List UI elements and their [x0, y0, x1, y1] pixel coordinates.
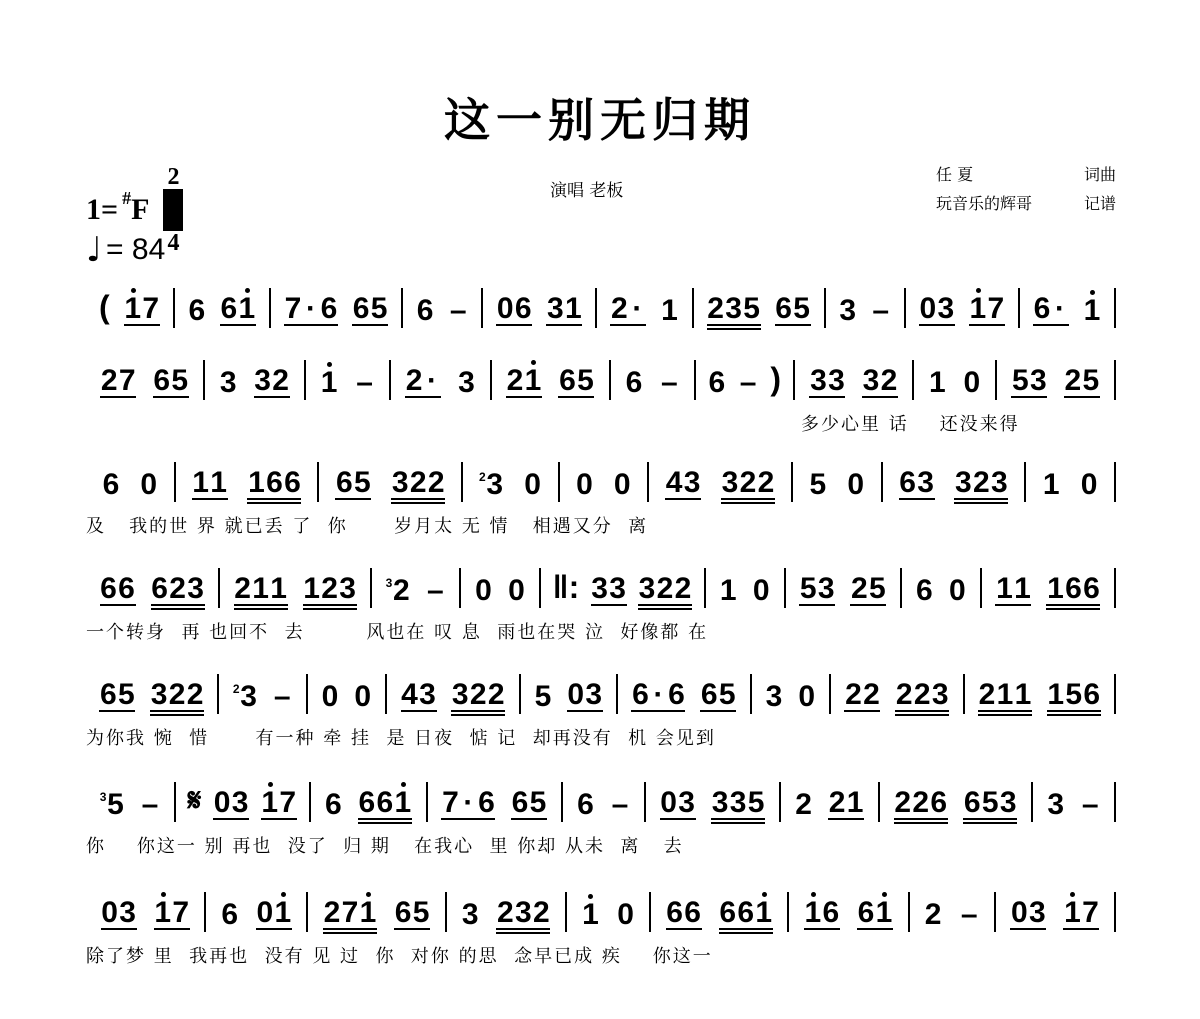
note-group: 211: [978, 680, 1032, 716]
dash-note: –: [1080, 790, 1100, 820]
lyrics-line: 及 我的世 界 就已丢 了 你 岁月太 无 情 相遇又分 离: [86, 512, 1116, 538]
note: 1: [252, 574, 270, 606]
time-denominator: 4: [167, 232, 179, 254]
song-title: 这一别无归期: [0, 84, 1200, 150]
note-group: 1: [320, 368, 338, 402]
note: 5: [1011, 366, 1029, 398]
measure: 00: [308, 666, 385, 716]
note: 6: [102, 470, 120, 500]
note: 2: [757, 468, 775, 500]
measure: 23–: [219, 666, 305, 716]
measure: ‖:33322: [541, 560, 704, 610]
note: 3: [817, 574, 835, 606]
note-group: 322: [150, 680, 204, 716]
note: 2: [272, 366, 290, 398]
measure: 3332: [795, 352, 912, 402]
measure: 10: [567, 884, 649, 934]
note-group: 623: [151, 574, 205, 610]
note: 5: [981, 788, 999, 820]
measure: 7·665: [271, 280, 401, 330]
note: 3: [937, 294, 955, 326]
note-group: 53: [1011, 366, 1047, 402]
note-group: 661: [358, 788, 412, 824]
note: 7: [441, 788, 459, 820]
note: 5: [534, 682, 552, 712]
note: 3: [119, 898, 137, 930]
note: 1: [238, 294, 256, 326]
note: 2: [880, 366, 898, 398]
note: 1: [124, 294, 142, 326]
note-group: 6: [708, 368, 726, 402]
note: 6: [666, 898, 684, 930]
note: 2: [427, 468, 445, 500]
measure: 0317: [906, 280, 1018, 330]
measure: 63323: [883, 454, 1025, 504]
note-group: –: [140, 790, 160, 824]
note: ·: [1051, 294, 1069, 326]
note: 1: [1083, 296, 1101, 326]
note: 6: [857, 898, 875, 930]
note-group: 6: [625, 368, 643, 402]
note: 1: [660, 296, 678, 326]
note: 3: [1028, 898, 1046, 930]
measure: 3–: [1033, 774, 1114, 824]
note: 2: [828, 788, 846, 820]
note-group: 0: [575, 470, 593, 504]
measure: 32–: [372, 560, 459, 610]
note-group: 0: [321, 682, 339, 716]
note-group: 232: [496, 898, 550, 934]
note-group: 0: [1080, 470, 1098, 504]
note: 0: [752, 576, 770, 606]
parenthesis: ): [770, 361, 781, 398]
measure: 3232: [447, 884, 565, 934]
tempo-marking: ♩ = 84: [86, 230, 165, 270]
note-group: 65: [700, 680, 736, 716]
note-group: 6: [915, 576, 933, 610]
note: 1: [719, 576, 737, 606]
lyrics-line: 为你我 惋 惜 有一种 牵 挂 是 日夜 惦 记 却再没有 机 会见到: [86, 724, 1116, 750]
note: 3: [954, 468, 972, 500]
note-group: 3: [219, 368, 237, 402]
credit-lyrics-music: 任 夏 词曲: [936, 160, 1116, 189]
note: 3: [765, 682, 783, 712]
notes-row: 27653321–2·321656–6–)3332105325: [86, 352, 1116, 402]
note-group: 1: [581, 900, 599, 934]
note: 6: [151, 574, 169, 606]
note: 6: [684, 898, 702, 930]
note-group: 3: [461, 900, 479, 934]
note-group: 0: [752, 576, 770, 610]
note: 2: [405, 366, 423, 398]
note: 2: [506, 366, 524, 398]
note-group: –: [659, 368, 679, 402]
note-group: 6·: [1033, 294, 1069, 330]
note-group: 65: [775, 294, 811, 330]
measure: 661: [175, 280, 269, 330]
measure: 6·1: [1020, 280, 1114, 330]
note: 1: [846, 788, 864, 820]
note: 2: [844, 680, 862, 712]
barline: [1114, 674, 1116, 714]
note-group: –: [738, 368, 758, 402]
measure: (17: [86, 280, 173, 330]
note: 5: [106, 790, 124, 820]
note: 7: [341, 898, 359, 930]
note: 6: [930, 788, 948, 820]
note: 3: [917, 468, 935, 500]
measure: 211123: [220, 560, 370, 610]
note-group: 11: [192, 468, 228, 504]
measure: 6661: [311, 774, 426, 824]
note: 1: [192, 468, 210, 500]
note: 3: [729, 788, 747, 820]
note: 3: [609, 574, 627, 606]
measure: 2765: [86, 352, 203, 402]
note: 1: [1013, 574, 1031, 606]
note: 3: [486, 470, 504, 500]
note-group: 0: [354, 682, 372, 716]
note: 6: [511, 788, 529, 820]
note: 3: [254, 366, 272, 398]
measure: 1–: [306, 352, 389, 402]
measure: 601: [206, 884, 306, 934]
note: 7: [1081, 898, 1099, 930]
note-group: 235: [707, 294, 761, 330]
note: 3: [219, 368, 237, 398]
measure: 03335: [646, 774, 779, 824]
note: 3: [809, 366, 827, 398]
measure: 7·665: [428, 774, 561, 824]
credit-role: 记谱: [1084, 189, 1116, 218]
note: 0: [613, 470, 631, 500]
dash-note: –: [425, 576, 445, 606]
note-group: 63: [899, 468, 935, 504]
measure: 2·1: [597, 280, 691, 330]
note: 3: [683, 468, 701, 500]
tempo-value: = 84: [106, 233, 165, 267]
note-group: 166: [247, 468, 301, 504]
note: 2: [972, 468, 990, 500]
measure: 30: [752, 666, 829, 716]
note: ·: [649, 680, 667, 712]
measure: 00: [560, 454, 648, 504]
measure: 00: [461, 560, 539, 610]
note-group: 0: [613, 470, 631, 504]
note: 0: [524, 470, 542, 500]
notes-row: (176617·6656–06312·1235653–03176·1: [86, 280, 1116, 330]
note-group: 01: [256, 898, 292, 934]
note-group: 17: [261, 788, 297, 824]
note: 6: [220, 294, 238, 326]
note-group: 166: [1046, 574, 1100, 610]
parenthesis: (: [99, 289, 110, 326]
note: 6: [514, 294, 532, 326]
note-group: 6: [416, 296, 434, 330]
measure: 43322: [649, 454, 791, 504]
measure: 27165: [308, 884, 444, 934]
note: 1: [359, 898, 377, 930]
note: 0: [507, 576, 525, 606]
dash-note: –: [871, 296, 891, 326]
note: 5: [370, 294, 388, 326]
note-group: 156: [1047, 680, 1101, 716]
note: 1: [1014, 680, 1032, 712]
measure: 5325: [997, 352, 1114, 402]
note: 1: [755, 898, 773, 930]
note: 3: [862, 366, 880, 398]
note: 1: [804, 898, 822, 930]
note: 3: [839, 296, 857, 326]
measure: 0631: [483, 280, 595, 330]
note-group: 27: [100, 366, 136, 402]
note: 7: [279, 788, 297, 820]
grace-marker: 3: [100, 790, 107, 804]
note-group: 211: [234, 574, 288, 610]
note: 6: [737, 898, 755, 930]
note-group: 5: [534, 682, 552, 716]
credit-transcriber: 玩音乐的辉哥 记谱: [936, 189, 1116, 218]
note: 2: [895, 680, 913, 712]
note: 2: [469, 680, 487, 712]
note: 6: [915, 576, 933, 606]
lyrics-line: 你 你这一 别 再也 没了 归 期 在我心 里 你却 从未 离 去: [86, 832, 1116, 858]
note: 3: [1029, 366, 1047, 398]
note: 2: [321, 574, 339, 606]
note: 6: [265, 468, 283, 500]
note-group: 6·6: [631, 680, 685, 716]
note: 1: [581, 900, 599, 930]
measure: 23565: [694, 280, 824, 330]
note: 6: [320, 294, 338, 326]
note: 2: [1064, 366, 1082, 398]
note: 1: [303, 574, 321, 606]
note: 6: [335, 468, 353, 500]
score-system: 6662321112332–00‖:333221053256011166一个转身…: [86, 560, 1116, 660]
note: 5: [743, 294, 761, 326]
note-group: 223: [895, 680, 949, 716]
note-group: 23: [479, 470, 504, 504]
measure: 5325: [786, 560, 900, 610]
note-group: 32: [862, 366, 898, 402]
note-group: 0: [948, 576, 966, 610]
note: 0: [963, 368, 981, 398]
note: 2: [656, 574, 674, 606]
time-numerator: 2: [167, 166, 179, 188]
note: 5: [799, 574, 817, 606]
score-system: 6011166653222300043322506332310及 我的世 界 就…: [86, 454, 1116, 554]
note-group: 3: [458, 368, 476, 402]
note-group: –: [610, 790, 630, 824]
note: 6: [667, 680, 685, 712]
note-group: 0: [617, 900, 635, 934]
note: 6: [631, 680, 649, 712]
note: 0: [575, 470, 593, 500]
note: 3: [638, 574, 656, 606]
measure: 43322: [387, 666, 518, 716]
note-group: 17: [124, 294, 160, 330]
note: 5: [576, 366, 594, 398]
lyrics-line: 一个转身 再 也回不 去 风也在 叹 息 雨也在哭 泣 好像都 在: [86, 618, 1116, 644]
measure: 332: [205, 352, 304, 402]
note-group: 17: [1063, 898, 1099, 934]
note: 3: [546, 294, 564, 326]
note: 2: [894, 788, 912, 820]
measure: 226653: [880, 774, 1031, 824]
measure: 10: [1026, 454, 1114, 504]
note: 6: [700, 680, 718, 712]
note-group: 0: [140, 470, 158, 504]
note: 3: [514, 898, 532, 930]
note: 0: [919, 294, 937, 326]
note-group: 323: [954, 468, 1008, 504]
note-group: 65: [511, 788, 547, 824]
note: 2: [674, 574, 692, 606]
measure: 2·3: [391, 352, 490, 402]
score-system: 0317601271653232106666116612–0317除了梦 里 我…: [86, 884, 1116, 984]
note: 3: [451, 680, 469, 712]
note: 6: [477, 788, 495, 820]
note: 5: [868, 574, 886, 606]
note-group: –: [355, 368, 375, 402]
note: ·: [459, 788, 477, 820]
dash-note: –: [610, 790, 630, 820]
note: 1: [1046, 574, 1064, 606]
note-group: 61: [220, 294, 256, 330]
note-group: 0: [847, 470, 865, 504]
note-group: 33: [809, 366, 845, 402]
measure: 6·665: [618, 666, 749, 716]
time-signature: 2 4: [163, 166, 183, 254]
notes-row: 6011166653222300043322506332310: [86, 454, 1116, 504]
note: 3: [585, 680, 603, 712]
note: ·: [628, 294, 646, 326]
note: 0: [1010, 898, 1028, 930]
note-group: 43: [665, 468, 701, 504]
dash-note: –: [738, 368, 758, 398]
note-group: 7·6: [284, 294, 338, 330]
measure: 221: [781, 774, 878, 824]
score-system: 35–𝄋031766617·6656–033352212266533–你 你这一…: [86, 774, 1116, 874]
note-group: 03: [101, 898, 137, 934]
note: 0: [847, 470, 865, 500]
note-group: 32: [386, 576, 411, 610]
note: 6: [394, 898, 412, 930]
measure: 230: [463, 454, 557, 504]
note: 0: [140, 470, 158, 500]
note-group: 𝄋: [188, 782, 202, 824]
note: 7: [284, 294, 302, 326]
measure: 6–: [611, 352, 694, 402]
note: 6: [1033, 294, 1051, 326]
note-group: (: [99, 289, 110, 330]
note-group: –: [871, 296, 891, 330]
note: 2: [739, 468, 757, 500]
note: 2: [850, 574, 868, 606]
measure: 503: [521, 666, 616, 716]
note-group: 1: [719, 576, 737, 610]
note: 2: [912, 788, 930, 820]
note: 2: [795, 790, 813, 820]
note: 2: [496, 898, 514, 930]
note: 1: [270, 574, 288, 606]
note: 3: [150, 680, 168, 712]
note-group: 03: [1010, 898, 1046, 934]
measure: 0317: [996, 884, 1114, 934]
note: 1: [394, 788, 412, 820]
note: 6: [221, 900, 239, 930]
note: 3: [827, 366, 845, 398]
note-group: 271: [323, 898, 377, 934]
grace-marker: 2: [233, 682, 240, 696]
note: 3: [999, 788, 1017, 820]
note: 1: [524, 366, 542, 398]
note-group: 3: [765, 682, 783, 716]
note: 2: [924, 900, 942, 930]
note: 4: [665, 468, 683, 500]
note-group: 3: [839, 296, 857, 330]
note: 2: [610, 294, 628, 326]
note-group: 61: [857, 898, 893, 934]
singer-credit: 演唱 老板: [550, 176, 623, 201]
note: 3: [187, 574, 205, 606]
note-group: 22: [844, 680, 880, 716]
note-group: 0: [524, 470, 542, 504]
note: 2: [323, 898, 341, 930]
note: 5: [353, 468, 371, 500]
barline: [1114, 892, 1116, 932]
note: 1: [247, 468, 265, 500]
note-group: 53: [799, 574, 835, 610]
score-system: 6532223–00433225036·6653022223211156为你我 …: [86, 666, 1116, 766]
note: 5: [718, 680, 736, 712]
notes-row: 6662321112332–00‖:333221053256011166: [86, 560, 1116, 610]
note: 0: [354, 682, 372, 712]
barline: [1114, 568, 1116, 608]
note: 6: [376, 788, 394, 820]
dash-note: –: [355, 368, 375, 398]
note-group: 25: [1064, 366, 1100, 402]
note-group: 65: [335, 468, 371, 504]
note: 6: [558, 366, 576, 398]
note: ·: [302, 294, 320, 326]
note-group: –: [272, 682, 292, 716]
note-group: 123: [303, 574, 357, 610]
note-group: 322: [391, 468, 445, 504]
note: 1: [564, 294, 582, 326]
note: 6: [625, 368, 643, 398]
note-group: 65: [99, 680, 135, 716]
measure: 66623: [86, 560, 218, 610]
note-group: 2: [795, 790, 813, 824]
note: 6: [352, 294, 370, 326]
note: 6: [576, 790, 594, 820]
note-group: 1: [1042, 470, 1060, 504]
note: 0: [617, 900, 635, 930]
note-group: 65: [352, 294, 388, 330]
note: 3: [678, 788, 696, 820]
note: 6: [100, 574, 118, 606]
measure: 60: [902, 560, 980, 610]
grace-marker: 3: [386, 576, 393, 590]
note-group: 17: [154, 898, 190, 934]
grace-marker: 2: [479, 470, 486, 484]
note: 5: [412, 898, 430, 930]
measure: 50: [793, 454, 881, 504]
measure: 22223: [831, 666, 962, 716]
lyrics-line: 多少心里 话 还没来得: [86, 410, 1200, 436]
note: 3: [1047, 790, 1065, 820]
